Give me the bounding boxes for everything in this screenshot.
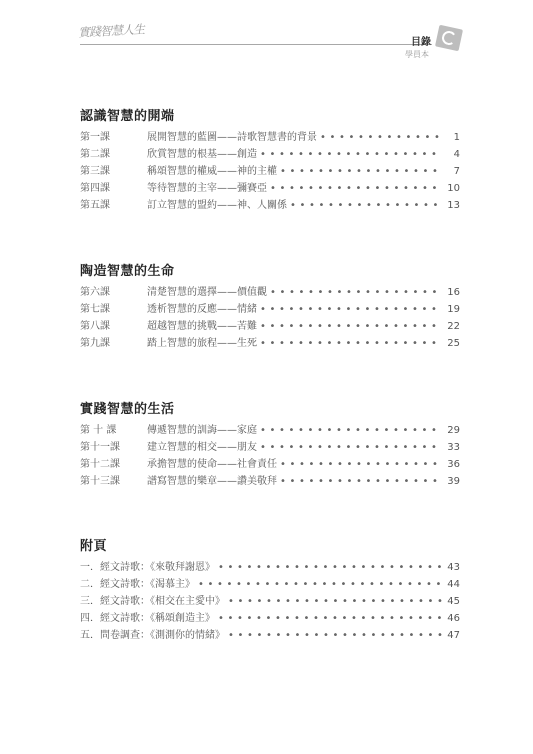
page-number: 33 [442, 439, 460, 456]
logo-ring-icon [441, 30, 458, 47]
lesson-title: 稱頌智慧的權威——神的主權 [147, 163, 277, 180]
page-number: 39 [442, 473, 460, 490]
appendix-title: 一．經文詩歌：《來敬拜謝恩》 [80, 559, 215, 576]
dot-leader: •••••••••••••••••••••••••••••••••••••••• [225, 593, 442, 610]
toc-row[interactable]: 第五課 訂立智慧的盟約——神、人關係••••••••••••••••••••••… [80, 197, 460, 214]
toc-row[interactable]: 第十三課 譜寫智慧的樂章——讚美敬拜••••••••••••••••••••••… [80, 473, 460, 490]
page-number: 4 [442, 146, 460, 163]
page-number: 44 [442, 576, 460, 593]
page-subtitle: 學員本 [405, 49, 429, 60]
toc-row[interactable]: 第十一課 建立智慧的相交——朋友••••••••••••••••••••••••… [80, 439, 460, 456]
toc-row[interactable]: 四．經文詩歌：《稱頌創造主》••••••••••••••••••••••••••… [80, 610, 460, 627]
lesson-title: 承擔智慧的使命——社會責任 [147, 456, 277, 473]
dot-leader: •••••••••••••••••••••••••••••••••••••••• [257, 318, 442, 335]
dot-leader: •••••••••••••••••••••••••••••••••••••••• [257, 146, 442, 163]
lesson-label: 第十二課 [80, 456, 147, 473]
lesson-label: 第九課 [80, 335, 147, 352]
dot-leader: •••••••••••••••••••••••••••••••••••••••• [317, 129, 442, 146]
page-number: 29 [442, 422, 460, 439]
page-number: 7 [442, 163, 460, 180]
page-number: 22 [442, 318, 460, 335]
appendix-title: 五．問卷調查：《測測你的情緒》 [80, 627, 225, 644]
page-number: 46 [442, 610, 460, 627]
header-divider [80, 44, 432, 45]
dot-leader: •••••••••••••••••••••••••••••••••••••••• [277, 473, 442, 490]
dot-leader: •••••••••••••••••••••••••••••••••••••••• [287, 197, 442, 214]
page-number: 36 [442, 456, 460, 473]
toc-row[interactable]: 第七課 透析智慧的反應——情緒•••••••••••••••••••••••••… [80, 301, 460, 318]
page-title: 目錄 [411, 33, 431, 48]
toc-row[interactable]: 第一課 展開智慧的藍圖——詩歌智慧書的背景•••••••••••••••••••… [80, 129, 460, 146]
toc-row[interactable]: 三．經文詩歌：《相交在主愛中》•••••••••••••••••••••••••… [80, 593, 460, 610]
lesson-title: 訂立智慧的盟約——神、人關係 [147, 197, 287, 214]
dot-leader: •••••••••••••••••••••••••••••••••••••••• [257, 422, 442, 439]
lesson-title: 透析智慧的反應——情緒 [147, 301, 257, 318]
toc-row[interactable]: 五．問卷調查：《測測你的情緒》•••••••••••••••••••••••••… [80, 627, 460, 644]
toc-section-1: 認識智慧的開端 第一課 展開智慧的藍圖——詩歌智慧書的背景•••••••••••… [80, 107, 460, 214]
appendix-title: 四．經文詩歌：《稱頌創造主》 [80, 610, 215, 627]
section-title: 陶造智慧的生命 [80, 262, 460, 282]
toc-row[interactable]: 第十二課 承擔智慧的使命——社會責任••••••••••••••••••••••… [80, 456, 460, 473]
dot-leader: •••••••••••••••••••••••••••••••••••••••• [277, 163, 442, 180]
dot-leader: •••••••••••••••••••••••••••••••••••••••• [215, 610, 442, 627]
dot-leader: •••••••••••••••••••••••••••••••••••••••• [267, 180, 442, 197]
lesson-title: 踏上智慧的旅程——生死 [147, 335, 257, 352]
dot-leader: •••••••••••••••••••••••••••••••••••••••• [267, 284, 442, 301]
toc-row[interactable]: 第九課 踏上智慧的旅程——生死•••••••••••••••••••••••••… [80, 335, 460, 352]
page-number: 47 [442, 627, 460, 644]
lesson-title: 展開智慧的藍圖——詩歌智慧書的背景 [147, 129, 317, 146]
lesson-label: 第四課 [80, 180, 147, 197]
dot-leader: •••••••••••••••••••••••••••••••••••••••• [215, 559, 442, 576]
toc-row[interactable]: 二．經文詩歌：《渴慕主》••••••••••••••••••••••••••••… [80, 576, 460, 593]
toc-row[interactable]: 第六課 清楚智慧的選擇——價值觀••••••••••••••••••••••••… [80, 284, 460, 301]
toc-row[interactable]: 第八課 超越智慧的挑戰——苦難•••••••••••••••••••••••••… [80, 318, 460, 335]
lesson-label: 第七課 [80, 301, 147, 318]
page-number: 45 [442, 593, 460, 610]
dot-leader: •••••••••••••••••••••••••••••••••••••••• [257, 439, 442, 456]
lesson-title: 超越智慧的挑戰——苦難 [147, 318, 257, 335]
book-brand-title: 實踐智慧人生 [78, 20, 145, 40]
appendix-title: 三．經文詩歌：《相交在主愛中》 [80, 593, 225, 610]
lesson-label: 第六課 [80, 284, 147, 301]
lesson-label: 第一課 [80, 129, 147, 146]
toc-row[interactable]: 第 十 課 傳遞智慧的訓誨——家庭•••••••••••••••••••••••… [80, 422, 460, 439]
dot-leader: •••••••••••••••••••••••••••••••••••••••• [257, 301, 442, 318]
lesson-label: 第八課 [80, 318, 147, 335]
lesson-title: 建立智慧的相交——朋友 [147, 439, 257, 456]
toc-row[interactable]: 第四課 等待智慧的主宰——彌賽亞••••••••••••••••••••••••… [80, 180, 460, 197]
toc-section-2: 陶造智慧的生命 第六課 清楚智慧的選擇——價值觀••••••••••••••••… [80, 262, 460, 352]
lesson-title: 譜寫智慧的樂章——讚美敬拜 [147, 473, 277, 490]
lesson-title: 傳遞智慧的訓誨——家庭 [147, 422, 257, 439]
lesson-label: 第 十 課 [80, 422, 147, 439]
toc-row[interactable]: 第三課 稱頌智慧的權威——神的主權•••••••••••••••••••••••… [80, 163, 460, 180]
toc-row[interactable]: 第二課 欣賞智慧的根基——創造•••••••••••••••••••••••••… [80, 146, 460, 163]
lesson-title: 清楚智慧的選擇——價值觀 [147, 284, 267, 301]
dot-leader: •••••••••••••••••••••••••••••••••••••••• [277, 456, 442, 473]
page-number: 1 [442, 129, 460, 146]
page-number: 19 [442, 301, 460, 318]
section-title: 認識智慧的開端 [80, 107, 460, 127]
page-number: 10 [442, 180, 460, 197]
toc-section-3: 實踐智慧的生活 第 十 課 傳遞智慧的訓誨——家庭•••••••••••••••… [80, 400, 460, 490]
page-number: 16 [442, 284, 460, 301]
appendix-title: 二．經文詩歌：《渴慕主》 [80, 576, 195, 593]
toc-section-appendix: 附頁 一．經文詩歌：《來敬拜謝恩》•••••••••••••••••••••••… [80, 537, 460, 644]
lesson-label: 第二課 [80, 146, 147, 163]
lesson-title: 等待智慧的主宰——彌賽亞 [147, 180, 267, 197]
lesson-label: 第五課 [80, 197, 147, 214]
lesson-title: 欣賞智慧的根基——創造 [147, 146, 257, 163]
dot-leader: •••••••••••••••••••••••••••••••••••••••• [257, 335, 442, 352]
section-title: 附頁 [80, 537, 460, 557]
logo-icon [435, 25, 463, 52]
page-number: 13 [442, 197, 460, 214]
toc-row[interactable]: 一．經文詩歌：《來敬拜謝恩》••••••••••••••••••••••••••… [80, 559, 460, 576]
page-number: 25 [442, 335, 460, 352]
lesson-label: 第十三課 [80, 473, 147, 490]
page-number: 43 [442, 559, 460, 576]
dot-leader: •••••••••••••••••••••••••••••••••••••••• [225, 627, 442, 644]
section-title: 實踐智慧的生活 [80, 400, 460, 420]
lesson-label: 第三課 [80, 163, 147, 180]
dot-leader: •••••••••••••••••••••••••••••••••••••••• [195, 576, 442, 593]
lesson-label: 第十一課 [80, 439, 147, 456]
